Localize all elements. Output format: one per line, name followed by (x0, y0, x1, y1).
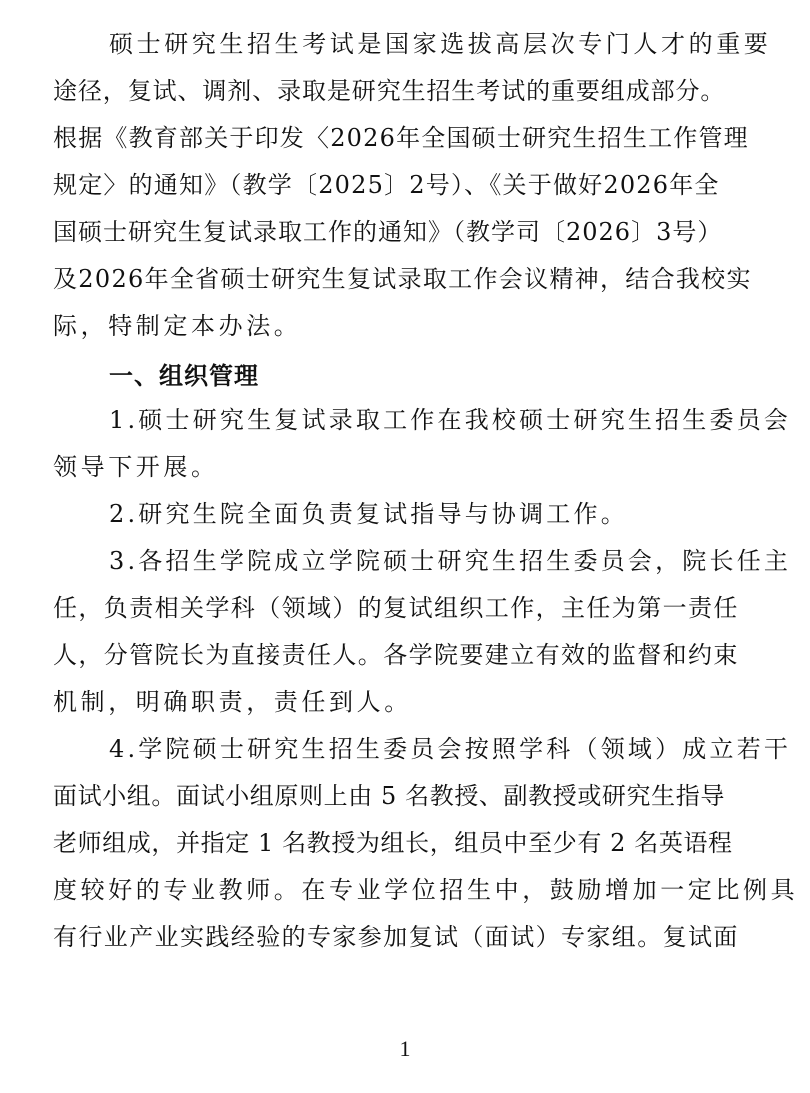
section-item-2: 2.研究生院全面负责复试指导与协调工作。 (53, 494, 729, 541)
text-line: 硕士研究生招生考试是国家选拔高层次专门人才的重要 (53, 24, 729, 71)
text-line: 面试小组。面试小组原则上由 5 名教授、副教授或研究生指导 (53, 776, 729, 823)
text-line: 途径，复试、调剂、录取是研究生招生考试的重要组成部分。 (53, 71, 729, 118)
text-line: 度较好的专业教师。在专业学位招生中，鼓励增加一定比例具 (53, 870, 729, 917)
text-line: 任，负责相关学科（领域）的复试组织工作，主任为第一责任 (53, 588, 729, 635)
text-line: 规定〉的通知》（教学〔2025〕2号）、《关于做好2026年全 (53, 165, 729, 212)
section-item-1: 1.硕士研究生复试录取工作在我校硕士研究生招生委员会 领导下开展。 (53, 400, 729, 494)
text-line: 及2026年全省硕士研究生复试录取工作会议精神，结合我校实 (53, 259, 729, 306)
section-item-3: 3.各招生学院成立学院硕士研究生招生委员会，院长任主 任，负责相关学科（领域）的… (53, 541, 729, 729)
text-line: 3.各招生学院成立学院硕士研究生招生委员会，院长任主 (53, 541, 729, 588)
page-number: 1 (0, 1036, 810, 1062)
text-line: 际，特制定本办法。 (53, 306, 729, 353)
section-heading: 一、组织管理 (53, 353, 729, 400)
text-line: 人，分管院长为直接责任人。各学院要建立有效的监督和约束 (53, 635, 729, 682)
text-line: 老师组成，并指定 1 名教授为组长，组员中至少有 2 名英语程 (53, 823, 729, 870)
text-line: 2.研究生院全面负责复试指导与协调工作。 (53, 494, 729, 541)
text-line: 国硕士研究生复试录取工作的通知》（教学司〔2026〕3号） (53, 212, 729, 259)
section-item-4: 4.学院硕士研究生招生委员会按照学科（领域）成立若干 面试小组。面试小组原则上由… (53, 729, 729, 964)
document-page: 硕士研究生招生考试是国家选拔高层次专门人才的重要 途径，复试、调剂、录取是研究生… (53, 24, 729, 964)
text-line: 机制，明确职责，责任到人。 (53, 682, 729, 729)
text-line: 4.学院硕士研究生招生委员会按照学科（领域）成立若干 (53, 729, 729, 776)
text-line: 1.硕士研究生复试录取工作在我校硕士研究生招生委员会 (53, 400, 729, 447)
text-line: 根据《教育部关于印发〈2026年全国硕士研究生招生工作管理 (53, 118, 729, 165)
text-line: 有行业产业实践经验的专家参加复试（面试）专家组。复试面 (53, 917, 729, 964)
text-line: 领导下开展。 (53, 447, 729, 494)
intro-paragraph: 硕士研究生招生考试是国家选拔高层次专门人才的重要 途径，复试、调剂、录取是研究生… (53, 24, 729, 353)
